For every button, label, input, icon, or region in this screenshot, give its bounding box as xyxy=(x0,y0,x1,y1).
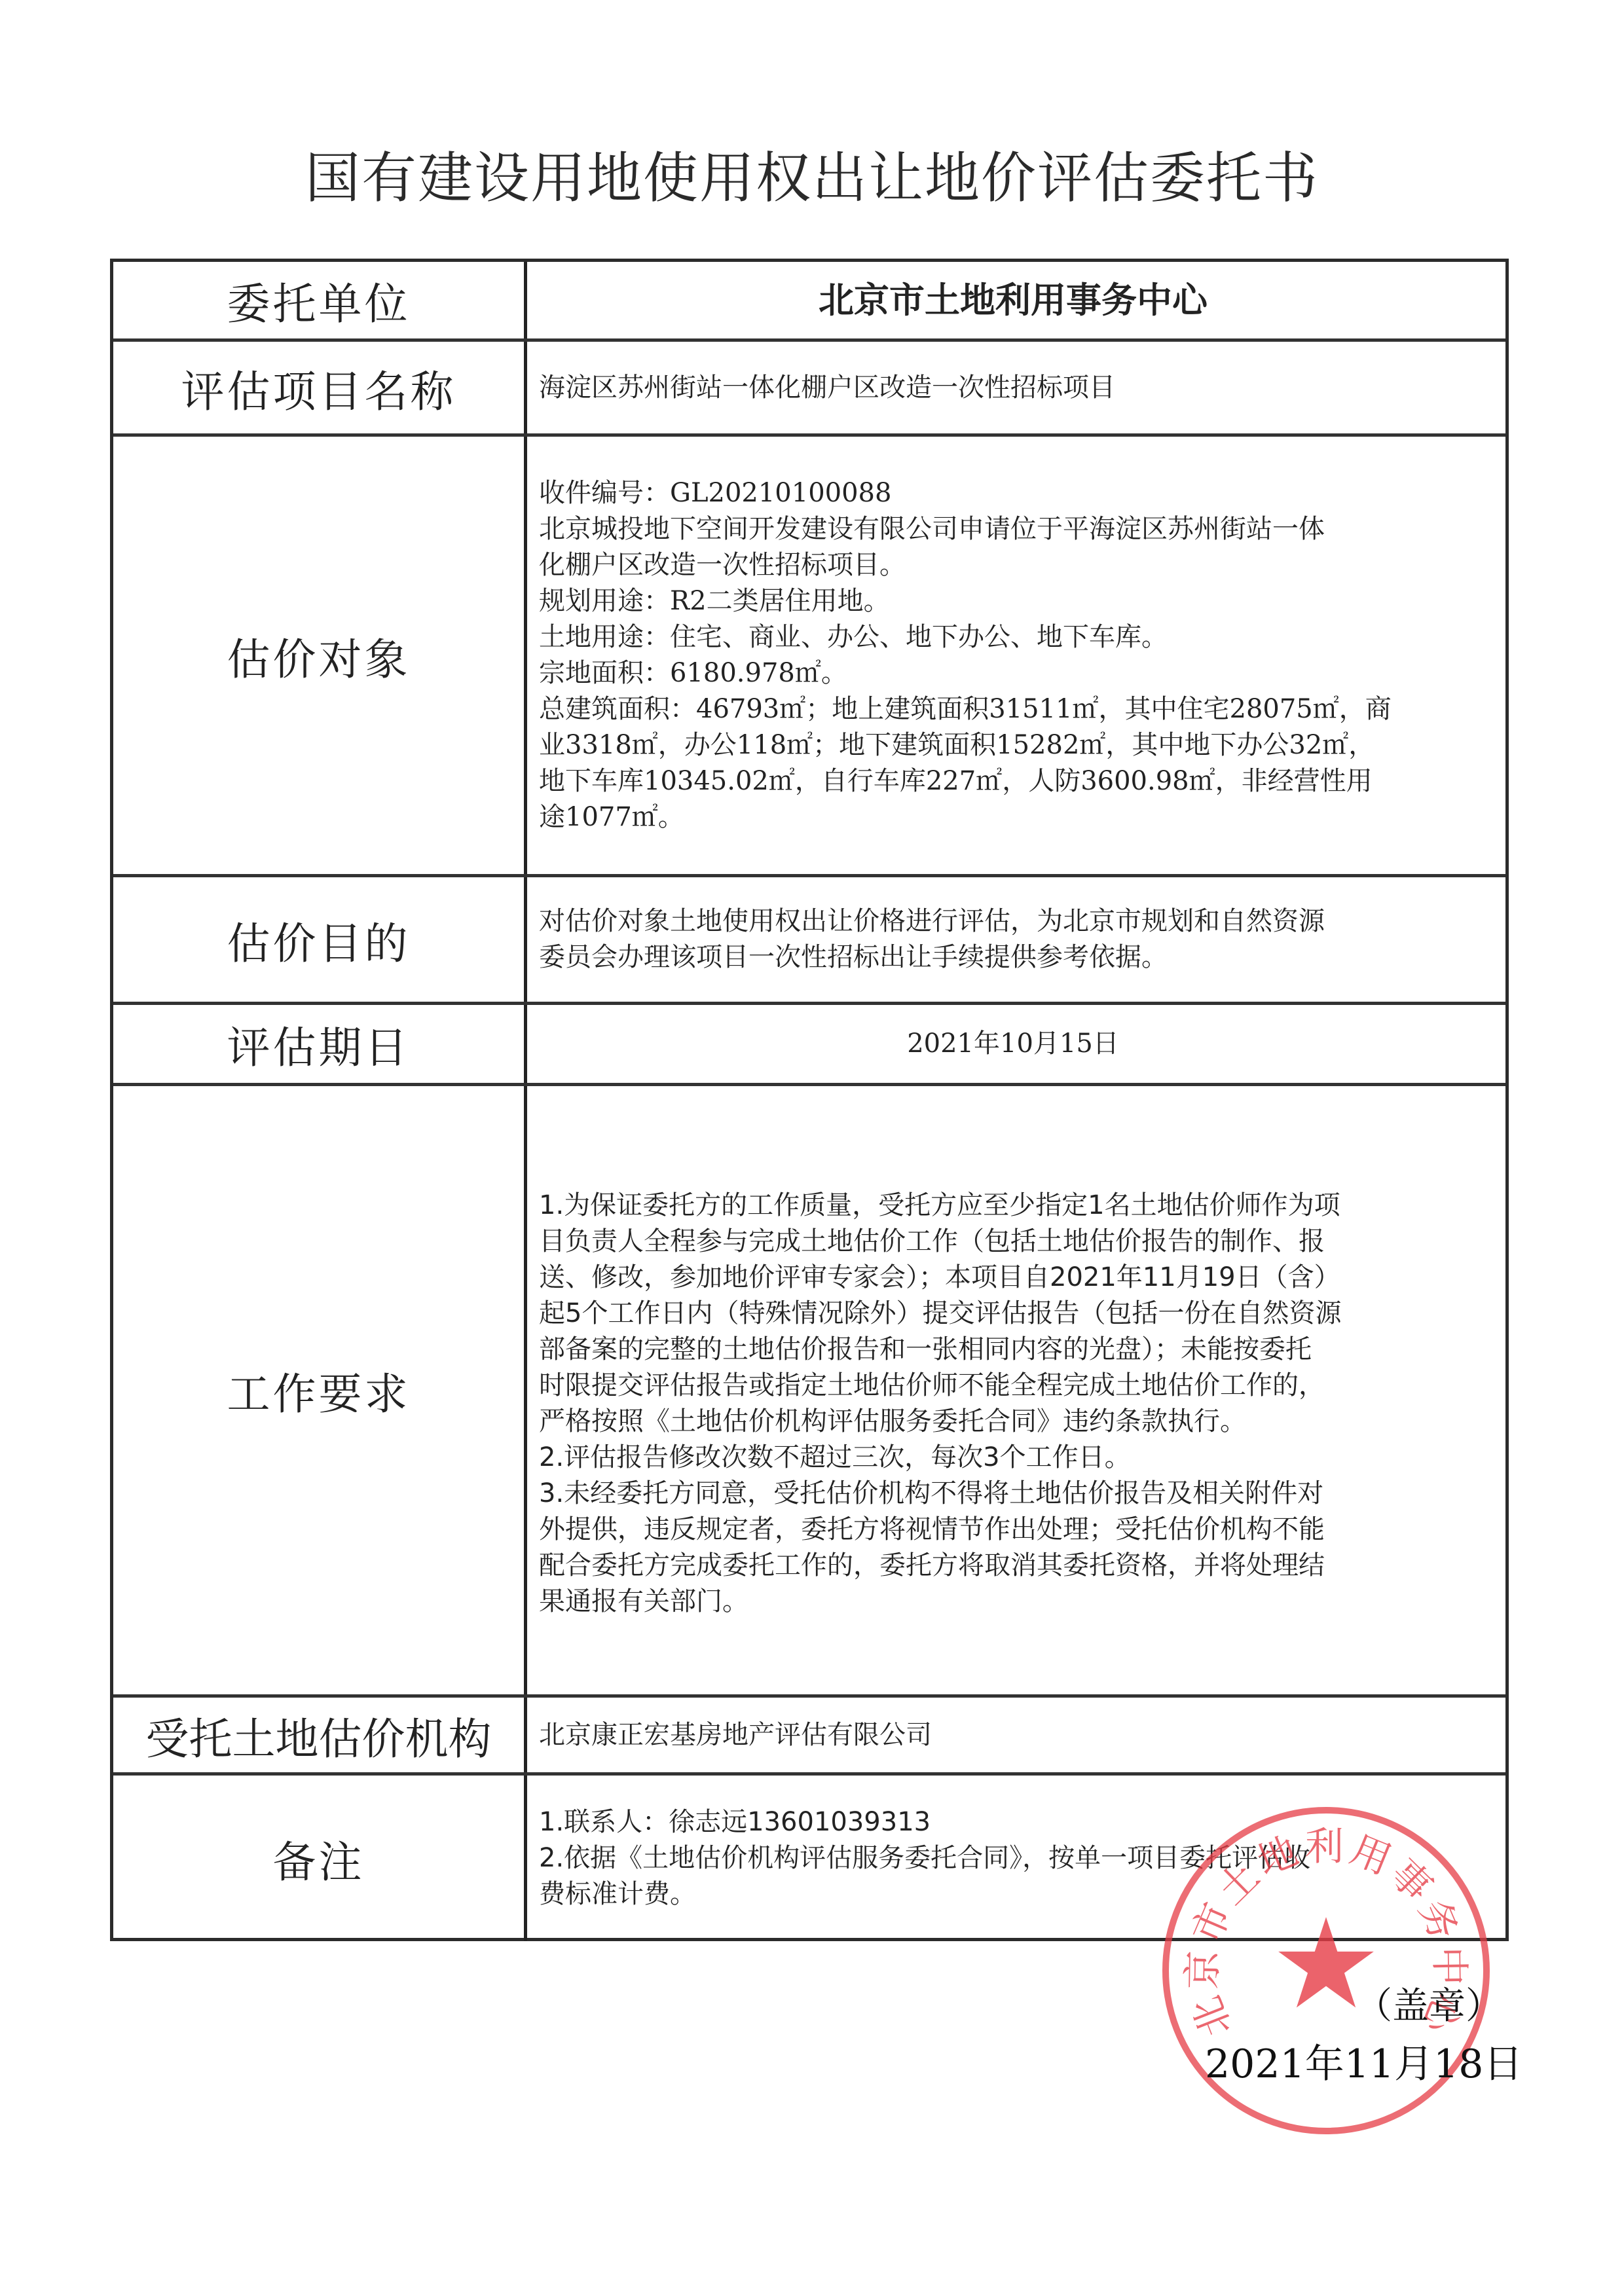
table-row-project-name: 评估项目名称 海淀区苏州街站一体化棚户区改造一次性招标项目 xyxy=(113,342,1505,437)
client-name: 北京市土地利用事务中心 xyxy=(819,282,1208,318)
text-line: 土地用途：住宅、商业、办公、地下办公、地下车库。 xyxy=(539,619,1487,655)
text-line: 时限提交评估报告或指定土地估价师不能全程完成土地估价工作的， xyxy=(539,1368,1487,1404)
label-client: 委托单位 xyxy=(113,262,527,338)
label-valuation-object: 估价对象 xyxy=(113,437,527,874)
project-name: 海淀区苏州街站一体化棚户区改造一次性招标项目 xyxy=(539,370,1487,406)
text-line: 途1077㎡。 xyxy=(539,799,1487,835)
text-line: 严格按照《土地估价机构评估服务委托合同》违约条款执行。 xyxy=(539,1404,1487,1440)
table-row-valuation-object: 估价对象 收件编号：GL20210100088 北京城投地下空间开发建设有限公司… xyxy=(113,437,1505,877)
text-line: 总建筑面积：46793㎡；地上建筑面积31511㎡，其中住宅28075㎡，商 xyxy=(539,691,1487,727)
table-row-valuation-purpose: 估价目的 对估价对象土地使用权出让价格进行评估，为北京市规划和自然资源 委员会办… xyxy=(113,877,1505,1005)
text-line: 外提供，违反规定者，委托方将视情节作出处理；受托估价机构不能 xyxy=(539,1512,1487,1548)
text-line: 起5个工作日内（特殊情况除外）提交评估报告（包括一份在自然资源 xyxy=(539,1296,1487,1332)
label-remarks: 备注 xyxy=(113,1776,527,1941)
table-row-appraisal-agency: 受托土地估价机构 北京康正宏基房地产评估有限公司 xyxy=(113,1698,1505,1776)
value-work-requirements: 1.为保证委托方的工作质量，受托方应至少指定1名土地估价师作为项 目负责人全程参… xyxy=(527,1086,1505,1694)
value-valuation-date: 2021年10月15日 xyxy=(527,1005,1505,1083)
value-valuation-purpose: 对估价对象土地使用权出让价格进行评估，为北京市规划和自然资源 委员会办理该项目一… xyxy=(527,877,1505,1002)
value-client: 北京市土地利用事务中心 xyxy=(527,262,1505,338)
document-title: 国有建设用地使用权出让地价评估委托书 xyxy=(0,134,1624,213)
table-row-client: 委托单位 北京市土地利用事务中心 xyxy=(113,262,1505,342)
value-project-name: 海淀区苏州街站一体化棚户区改造一次性招标项目 xyxy=(527,342,1505,433)
table-row-work-requirements: 工作要求 1.为保证委托方的工作质量，受托方应至少指定1名土地估价师作为项 目负… xyxy=(113,1086,1505,1698)
agency-name: 北京康正宏基房地产评估有限公司 xyxy=(539,1717,1487,1753)
entrustment-table: 委托单位 北京市土地利用事务中心 评估项目名称 海淀区苏州街站一体化棚户区改造一… xyxy=(110,259,1509,1941)
value-appraisal-agency: 北京康正宏基房地产评估有限公司 xyxy=(527,1698,1505,1772)
text-line: 北京城投地下空间开发建设有限公司申请位于平海淀区苏州街站一体 xyxy=(539,511,1487,547)
text-line: 配合委托方完成委托工作的，委托方将取消其委托资格，并将处理结 xyxy=(539,1548,1487,1584)
text-line: 收件编号：GL20210100088 xyxy=(539,475,1487,511)
text-line: 2.评估报告修改次数不超过三次，每次3个工作日。 xyxy=(539,1440,1487,1476)
text-line: 目负责人全程参与完成土地估价工作（包括土地估价报告的制作、报 xyxy=(539,1224,1487,1260)
value-valuation-object: 收件编号：GL20210100088 北京城投地下空间开发建设有限公司申请位于平… xyxy=(527,437,1505,874)
text-line: 化棚户区改造一次性招标项目。 xyxy=(539,547,1487,583)
text-line: 送、修改，参加地价评审专家会）；本项目自2021年11月19日（含） xyxy=(539,1260,1487,1296)
text-line: 宗地面积：6180.978㎡。 xyxy=(539,655,1487,691)
label-appraisal-agency: 受托土地估价机构 xyxy=(113,1698,527,1772)
stamp-label: （盖章） xyxy=(1356,1977,1502,2030)
valuation-date: 2021年10月15日 xyxy=(907,1026,1119,1062)
label-project-name: 评估项目名称 xyxy=(113,342,527,433)
text-line: 委员会办理该项目一次性招标出让手续提供参考依据。 xyxy=(539,939,1487,975)
signature-date: 2021年11月18日 xyxy=(1205,2033,1522,2089)
text-line: 部备案的完整的土地估价报告和一张相同内容的光盘）；未能按委托 xyxy=(539,1332,1487,1368)
text-line: 业3318㎡，办公118㎡；地下建筑面积15282㎡，其中地下办公32㎡， xyxy=(539,727,1487,763)
table-row-valuation-date: 评估期日 2021年10月15日 xyxy=(113,1005,1505,1086)
text-line: 3.未经委托方同意，受托估价机构不得将土地估价报告及相关附件对 xyxy=(539,1476,1487,1512)
text-line: 对估价对象土地使用权出让价格进行评估，为北京市规划和自然资源 xyxy=(539,903,1487,939)
label-work-requirements: 工作要求 xyxy=(113,1086,527,1694)
text-line: 果通报有关部门。 xyxy=(539,1584,1487,1620)
label-valuation-purpose: 估价目的 xyxy=(113,877,527,1002)
label-valuation-date: 评估期日 xyxy=(113,1005,527,1083)
text-line: 1.为保证委托方的工作质量，受托方应至少指定1名土地估价师作为项 xyxy=(539,1188,1487,1224)
text-line: 规划用途：R2二类居住用地。 xyxy=(539,583,1487,619)
text-line: 地下车库10345.02㎡，自行车库227㎡，人防3600.98㎡，非经营性用 xyxy=(539,763,1487,799)
